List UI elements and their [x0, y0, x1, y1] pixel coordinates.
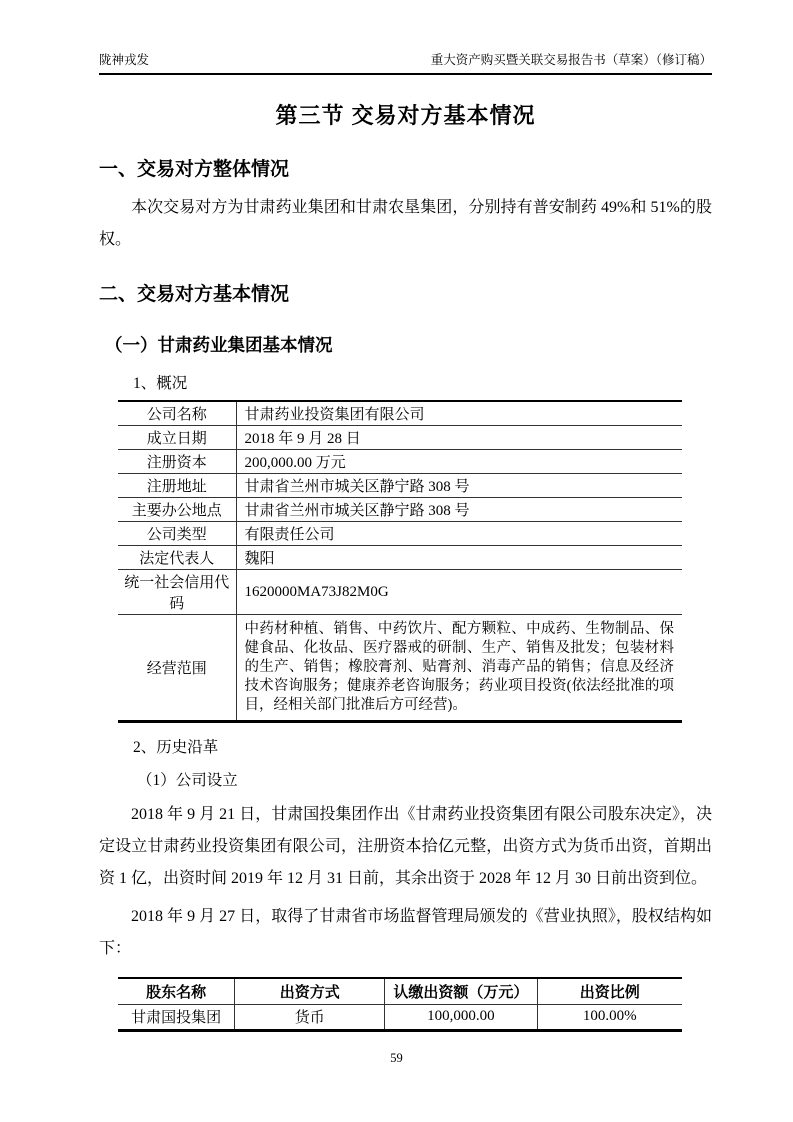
row-value: 200,000.00 万元: [236, 450, 682, 474]
table-row: 经营范围 中药材种植、销售、中药饮片、配方颗粒、中成药、生物制品、保健食品、化妆…: [118, 615, 682, 722]
equity-header-row: 股东名称 出资方式 认缴出资额（万元） 出资比例: [118, 978, 682, 1004]
table-row: 注册地址 甘肃省兰州市城关区静宁路 308 号: [118, 474, 682, 498]
page-number: 59: [0, 1051, 793, 1066]
row-label: 法定代表人: [118, 546, 236, 570]
row-label: 注册资本: [118, 450, 236, 474]
row-label: 公司名称: [118, 401, 236, 426]
row-value: 2018 年 9 月 28 日: [236, 426, 682, 450]
row-value: 1620000MA73J82M0G: [236, 570, 682, 615]
row-value: 甘肃省兰州市城关区静宁路 308 号: [236, 498, 682, 522]
equity-structure-table: 股东名称 出资方式 认缴出资额（万元） 出资比例 甘肃国投集团 货币 100,0…: [118, 977, 682, 1032]
equity-cell: 100.00%: [537, 1004, 682, 1030]
table-row: 注册资本 200,000.00 万元: [118, 450, 682, 474]
equity-header-cell: 出资比例: [537, 978, 682, 1004]
row-value: 魏阳: [236, 546, 682, 570]
row-label: 经营范围: [118, 615, 236, 722]
row-label: 注册地址: [118, 474, 236, 498]
table-row: 公司名称 甘肃药业投资集团有限公司: [118, 401, 682, 426]
row-label: 统一社会信用代码: [118, 570, 236, 615]
company-info-table: 公司名称 甘肃药业投资集团有限公司 成立日期 2018 年 9 月 28 日 注…: [118, 400, 682, 723]
table-row: 成立日期 2018 年 9 月 28 日: [118, 426, 682, 450]
list-item-history: 2、历史沿革: [99, 737, 712, 758]
page-header: 陇神戎发 重大资产购买暨关联交易报告书（草案）（修订稿）: [99, 52, 712, 75]
subsection-heading-gansu-pharma: （一）甘肃药业集团基本情况: [99, 333, 712, 357]
equity-header-cell: 股东名称: [118, 978, 235, 1004]
row-value: 有限责任公司: [236, 522, 682, 546]
document-page: 陇神戎发 重大资产购买暨关联交易报告书（草案）（修订稿） 第三节 交易对方基本情…: [0, 0, 793, 1122]
table-row: 法定代表人 魏阳: [118, 546, 682, 570]
paragraph-overview: 本次交易对方为甘肃药业集团和甘肃农垦集团，分别持有普安制药 49%和 51%的股…: [99, 192, 712, 256]
equity-data-row: 甘肃国投集团 货币 100,000.00 100.00%: [118, 1004, 682, 1030]
row-value: 甘肃省兰州市城关区静宁路 308 号: [236, 474, 682, 498]
row-value: 甘肃药业投资集团有限公司: [236, 401, 682, 426]
row-label: 主要办公地点: [118, 498, 236, 522]
header-right-text: 重大资产购买暨关联交易报告书（草案）（修订稿）: [431, 52, 712, 68]
equity-header-cell: 出资方式: [235, 978, 385, 1004]
section-heading-overview: 一、交易对方整体情况: [99, 157, 712, 182]
equity-cell: 货币: [235, 1004, 385, 1030]
doc-title: 第三节 交易对方基本情况: [99, 101, 712, 131]
table-row: 主要办公地点 甘肃省兰州市城关区静宁路 308 号: [118, 498, 682, 522]
row-label: 公司类型: [118, 522, 236, 546]
row-value: 中药材种植、销售、中药饮片、配方颗粒、中成药、生物制品、保健食品、化妆品、医疗器…: [236, 615, 682, 722]
paragraph-establishment: 2018 年 9 月 21 日，甘肃国投集团作出《甘肃药业投资集团有限公司股东决…: [99, 799, 712, 895]
equity-header-cell: 认缴出资额（万元）: [385, 978, 537, 1004]
list-item-overview: 1、概况: [99, 373, 712, 394]
table-row: 统一社会信用代码 1620000MA73J82M0G: [118, 570, 682, 615]
equity-cell: 甘肃国投集团: [118, 1004, 235, 1030]
section-heading-counterparty: 二、交易对方基本情况: [99, 282, 712, 307]
paragraph-license: 2018 年 9 月 27 日，取得了甘肃省市场监督管理局颁发的《营业执照》，股…: [99, 901, 712, 965]
table-row: 公司类型 有限责任公司: [118, 522, 682, 546]
equity-cell: 100,000.00: [385, 1004, 537, 1030]
header-left-text: 陇神戎发: [99, 52, 149, 68]
list-item-establishment: （1）公司设立: [99, 770, 712, 791]
row-label: 成立日期: [118, 426, 236, 450]
